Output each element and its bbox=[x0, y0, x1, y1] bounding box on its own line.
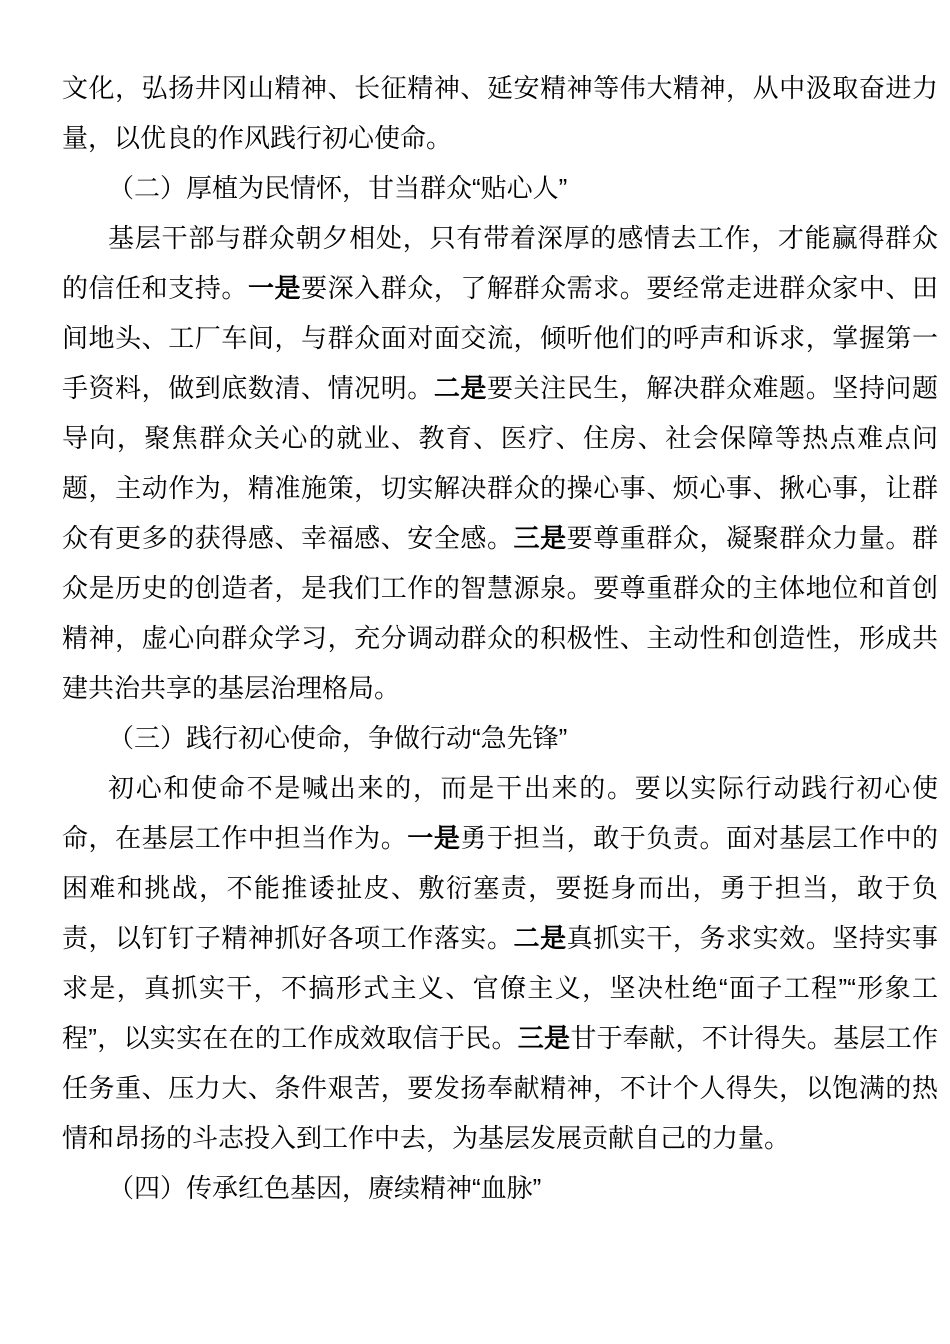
section-heading: （三）践行初心使命，争做行动“急先锋” bbox=[62, 713, 938, 763]
text-run: 文化，弘扬井冈山精神、长征精神、延安精神等伟大精神，从中汲取奋进力量，以优良的作… bbox=[62, 73, 938, 153]
bold-text-run: 一是 bbox=[248, 273, 301, 303]
document-body: 文化，弘扬井冈山精神、长征精神、延安精神等伟大精神，从中汲取奋进力量，以优良的作… bbox=[62, 63, 938, 1213]
text-run: （二）厚植为民情怀，甘当群众“贴心人” bbox=[108, 173, 567, 203]
bold-text-run: 二是 bbox=[434, 373, 487, 403]
document-page: 文化，弘扬井冈山精神、长征精神、延安精神等伟大精神，从中汲取奋进力量，以优良的作… bbox=[0, 0, 950, 1344]
paragraph: 初心和使命不是喊出来的，而是干出来的。要以实际行动践行初心使命，在基层工作中担当… bbox=[62, 763, 938, 1163]
bold-text-run: 三是 bbox=[518, 1023, 571, 1053]
text-run: （四）传承红色基因，赓续精神“血脉” bbox=[108, 1173, 541, 1203]
bold-text-run: 三是 bbox=[514, 523, 567, 553]
section-heading: （二）厚植为民情怀，甘当群众“贴心人” bbox=[62, 163, 938, 213]
section-heading: （四）传承红色基因，赓续精神“血脉” bbox=[62, 1163, 938, 1213]
paragraph: 文化，弘扬井冈山精神、长征精神、延安精神等伟大精神，从中汲取奋进力量，以优良的作… bbox=[62, 63, 938, 163]
bold-text-run: 二是 bbox=[514, 923, 567, 953]
bold-text-run: 一是 bbox=[407, 823, 460, 853]
paragraph: 基层干部与群众朝夕相处，只有带着深厚的感情去工作，才能赢得群众的信任和支持。一是… bbox=[62, 213, 938, 713]
text-run: （三）践行初心使命，争做行动“急先锋” bbox=[108, 723, 567, 753]
